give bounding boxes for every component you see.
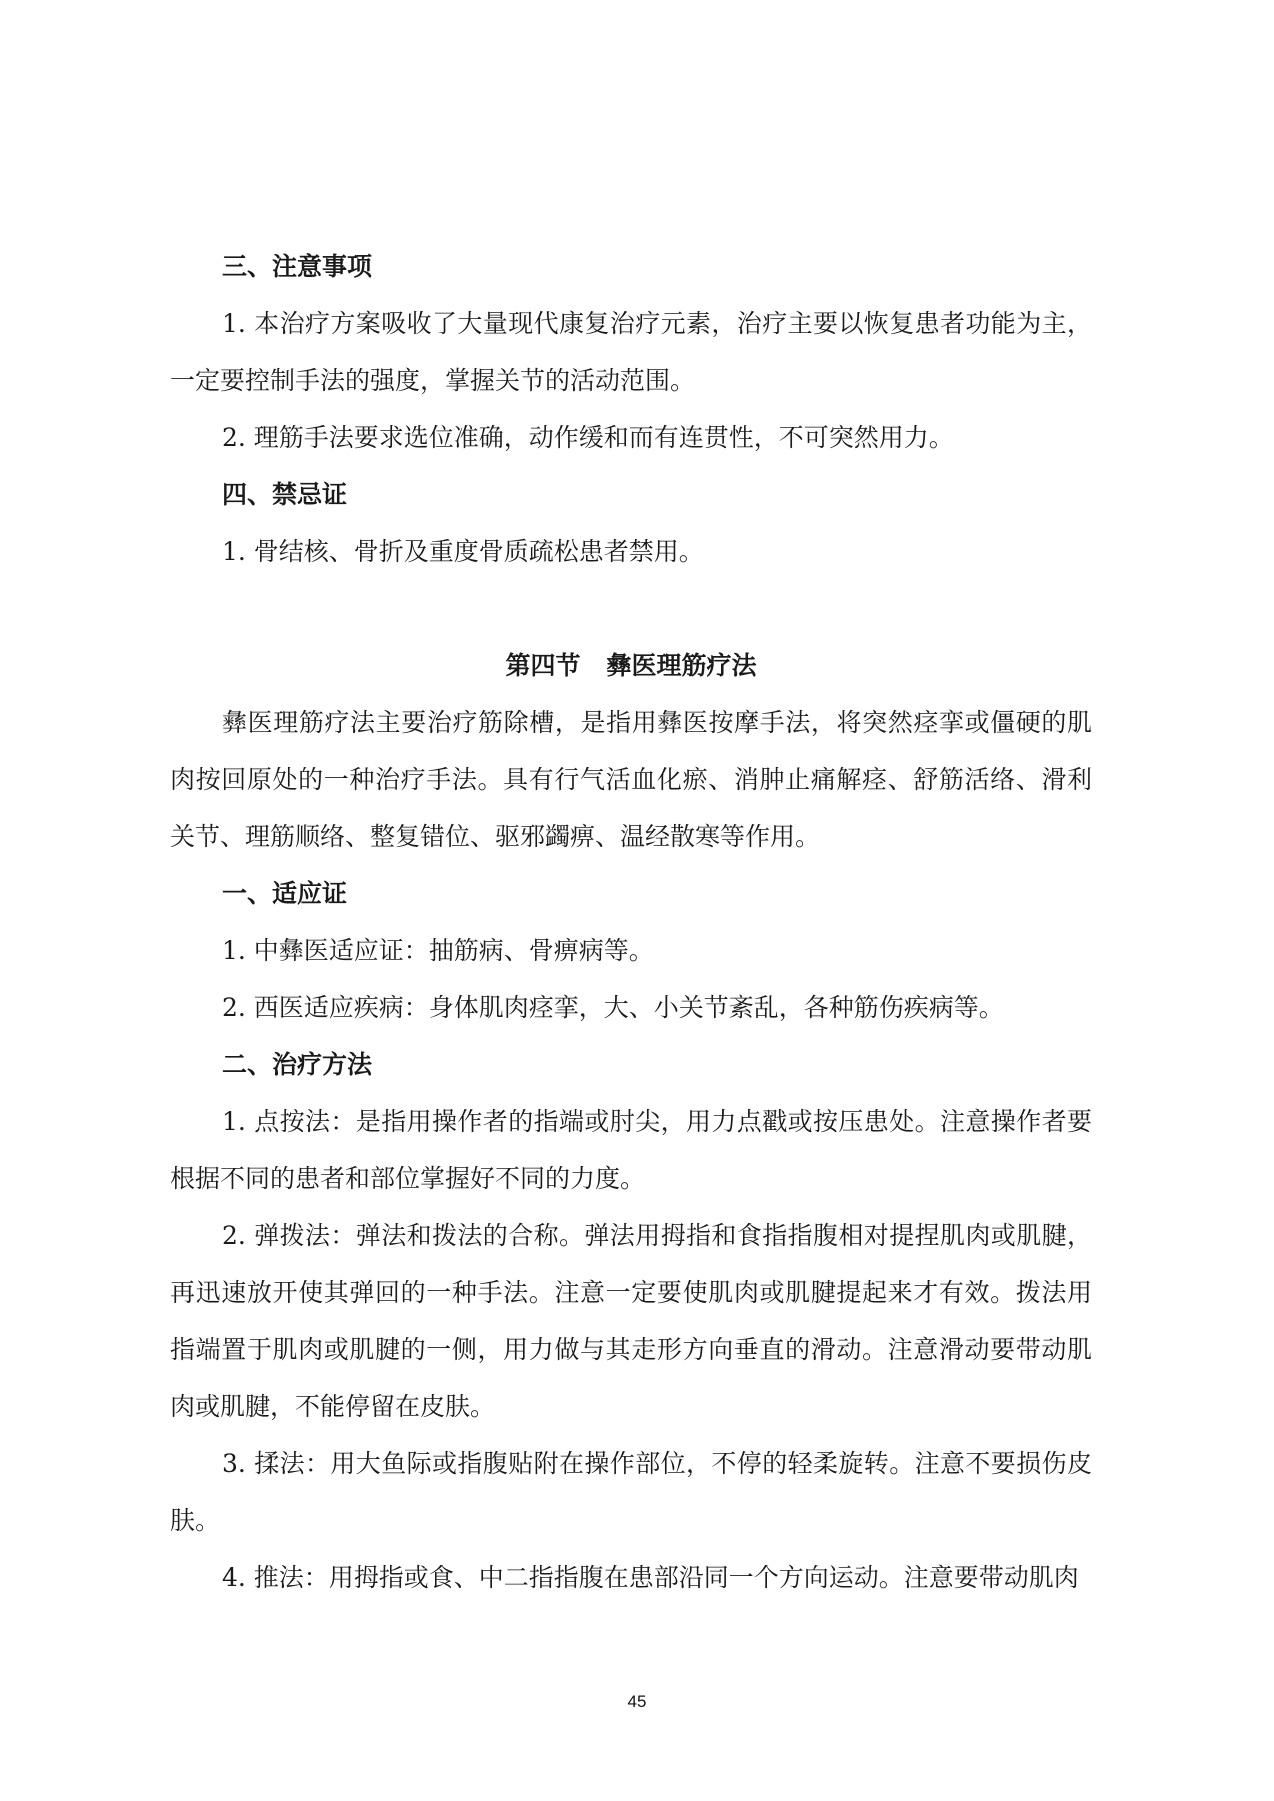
paragraph-section-intro: 彝医理筋疗法主要治疗筋除槽，是指用彝医按摩手法，将突然痉挛或僵硬的肌肉按回原处的… bbox=[170, 694, 1092, 865]
paragraph-method-3: 3. 揉法：用大鱼际或指腹贴附在操作部位，不停的轻柔旋转。注意不要损伤皮肤。 bbox=[170, 1435, 1092, 1549]
paragraph-precaution-2: 2. 理筋手法要求选位准确，动作缓和而有连贯性，不可突然用力。 bbox=[170, 409, 1092, 466]
section-spacer bbox=[170, 580, 1092, 637]
paragraph-method-4: 4. 推法：用拇指或食、中二指指腹在患部沿同一个方向运动。注意要带动肌肉 bbox=[170, 1549, 1092, 1606]
section-number: 第四节 bbox=[505, 651, 580, 680]
heading-contraindications: 四、禁忌证 bbox=[170, 466, 1092, 523]
paragraph-precaution-1: 1. 本治疗方案吸收了大量现代康复治疗元素，治疗主要以恢复患者功能为主，一定要控… bbox=[170, 295, 1092, 409]
section-title: 第四节彝医理筋疗法 bbox=[170, 637, 1092, 694]
paragraph-indication-1: 1. 中彝医适应证：抽筋病、骨痹病等。 bbox=[170, 922, 1092, 979]
heading-precautions: 三、注意事项 bbox=[170, 238, 1092, 295]
paragraph-method-1: 1. 点按法：是指用操作者的指端或肘尖，用力点戳或按压患处。注意操作者要根据不同… bbox=[170, 1093, 1092, 1207]
heading-indications: 一、适应证 bbox=[170, 865, 1092, 922]
section-name: 彝医理筋疗法 bbox=[607, 651, 757, 680]
heading-treatment-methods: 二、治疗方法 bbox=[170, 1036, 1092, 1093]
paragraph-contraindication-1: 1. 骨结核、骨折及重度骨质疏松患者禁用。 bbox=[170, 523, 1092, 580]
document-page: 三、注意事项 1. 本治疗方案吸收了大量现代康复治疗元素，治疗主要以恢复患者功能… bbox=[170, 238, 1092, 1606]
paragraph-indication-2: 2. 西医适应疾病：身体肌肉痉挛，大、小关节紊乱，各种筋伤疾病等。 bbox=[170, 979, 1092, 1036]
paragraph-method-2: 2. 弹拨法：弹法和拨法的合称。弹法用拇指和食指指腹相对提捏肌肉或肌腱，再迅速放… bbox=[170, 1207, 1092, 1435]
page-number: 45 bbox=[0, 1692, 1274, 1712]
